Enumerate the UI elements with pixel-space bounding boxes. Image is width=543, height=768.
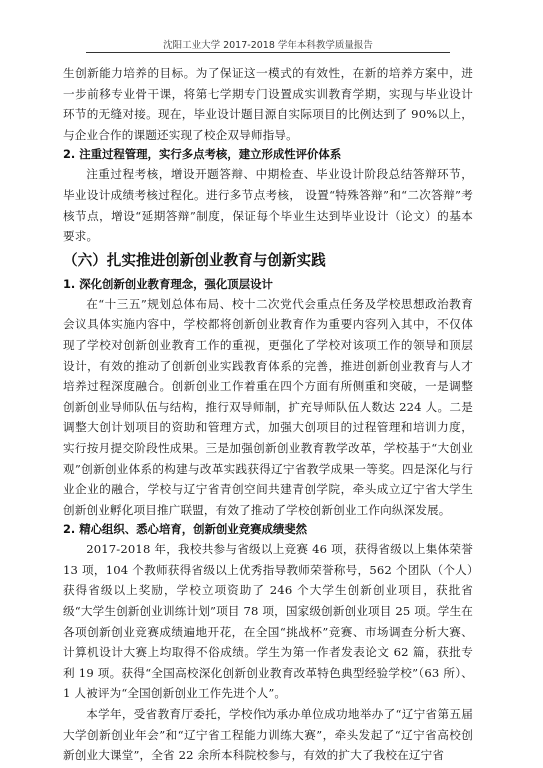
paragraph-top-level-design: 在“十三五”规划总体布局、校十二次党代会重点任务及学校思想政治教育会议具体实施内…	[63, 294, 473, 521]
paragraph-continued: 生创新能力培养的目标。为了保证这一模式的有效性，在新的培养方案中，进一步前移专业…	[63, 63, 473, 145]
paragraph-provincial-events: 本学年，受省教育厅委托，学校作为承办单位成功地举办了“辽宁省第五届大学创新创业年…	[63, 704, 473, 766]
subheading-process-management: 2. 注重过程管理，实行多点考核，建立形成性评价体系	[63, 145, 473, 164]
paragraph-competition-results: 2017-2018 年，我校共参与省级以上竞赛 46 项，获得省级以上集体荣誉 …	[63, 539, 473, 704]
page-header: 沈阳工业大学 2017-2018 学年本科教学质量报告	[86, 37, 450, 51]
page-number: 1	[262, 711, 268, 721]
subheading-deepen-concept: 1. 深化创新创业教育理念，强化顶层设计	[63, 275, 473, 294]
subheading-competitions: 2. 精心组织、悉心培育，创新创业竞赛成绩斐然	[63, 520, 473, 539]
document-page: 沈阳工业大学 2017-2018 学年本科教学质量报告 生创新能力培养的目标。为…	[0, 0, 543, 768]
header-divider	[86, 52, 450, 53]
paragraph-process-assessment: 注重过程考核，增设开题答辩、中期检查、毕业设计阶段总结答辩环节，毕业设计成绩考核…	[63, 164, 473, 246]
page-content: 生创新能力培养的目标。为了保证这一模式的有效性，在新的培养方案中，进一步前移专业…	[63, 63, 473, 766]
section-heading-innovation-entrepreneurship: （六）扎实推进创新创业教育与创新实践	[63, 249, 473, 273]
